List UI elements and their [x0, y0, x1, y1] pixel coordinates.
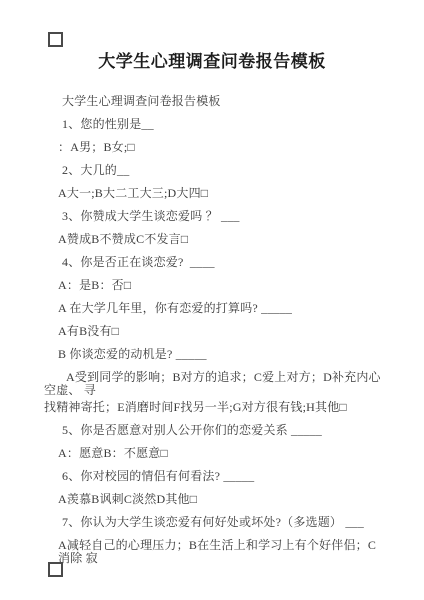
document-line: ：A男；B女;□ — [58, 141, 388, 154]
document-line: 6、你对校园的情侣有何看法? _____ — [62, 470, 388, 483]
page-marker-bottom-square-icon — [48, 562, 63, 577]
document-line: A羡慕B讽刺C淡然D其他□ — [58, 493, 388, 506]
document-line: 2、大几的__ — [62, 164, 388, 177]
document-line: A 在大学几年里，你有恋爱的打算吗? _____ — [58, 302, 388, 315]
document-line: 3、你赞成大学生谈恋爱吗 ？ ___ — [62, 210, 388, 223]
document-line: A有B没有□ — [58, 325, 388, 338]
document-body: 大学生心理调查问卷报告模板1、您的性别是__：A男；B女;□2、大几的__A大一… — [0, 95, 424, 565]
document-line: A赞成B不赞成C不发言□ — [58, 233, 388, 246]
document-line: 7、你认为大学生谈恋爱有何好处或坏处?（多选题） ___ — [62, 516, 388, 529]
page-marker-top-square-icon — [48, 32, 63, 47]
document-line: A：愿意B：不愿意□ — [58, 447, 388, 460]
document-line: 4、你是否正在谈恋爱? ____ — [62, 256, 388, 269]
document-line: B 你谈恋爱的动机是? _____ — [58, 348, 388, 361]
document-line: 5、你是否愿意对别人公开你们的恋爱关系 _____ — [62, 424, 388, 437]
document-line: 1、您的性别是__ — [62, 118, 388, 131]
document-line: A减轻自己的心理压力；B在生活上和学习上有个好伴侣；C消除 寂 — [58, 539, 388, 565]
document-line: 大学生心理调查问卷报告模板 — [62, 95, 388, 108]
document-line: 找精神寄托；E消磨时间F找另一半;G对方很有钱;H其他□ — [44, 401, 388, 414]
document-title: 大学生心理调查问卷报告模板 — [0, 0, 424, 72]
document-line: A大一;B大二工大三;D大四□ — [58, 187, 388, 200]
document-page: 大学生心理调查问卷报告模板 大学生心理调查问卷报告模板1、您的性别是__：A男；… — [0, 0, 424, 600]
document-line: A受到同学的影响；B对方的追求；C爱上对方；D补充内心空虚、 寻 — [44, 371, 388, 397]
document-line: A：是B：否□ — [58, 279, 388, 292]
